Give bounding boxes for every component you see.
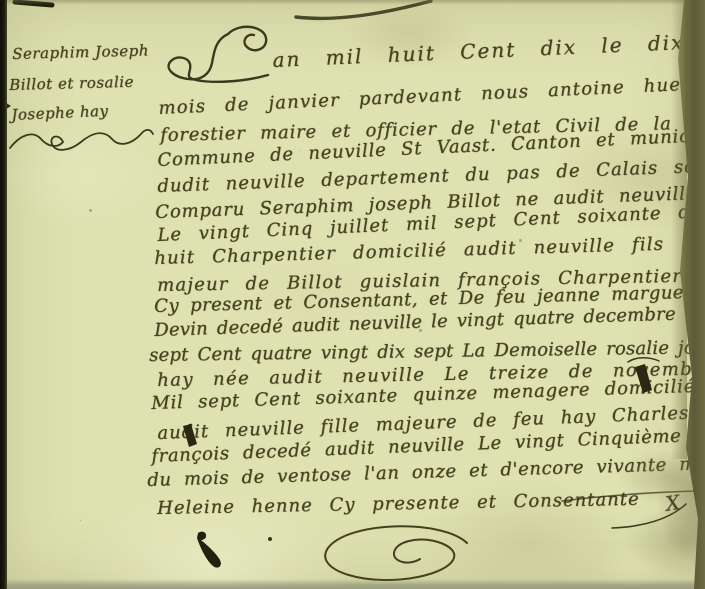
scanned-document-page: Seraphim Joseph Billot et rosalie Joseph…: [0, 0, 705, 589]
margin-note-line: Josephe hay: [11, 102, 109, 124]
body-line: Heleine henne Cy presente et Consentante: [157, 489, 640, 519]
page-left-edge-strip: [0, 0, 7, 589]
body-line: an mil huit Cent dix le dix du: [272, 28, 705, 72]
page-top-shadow: [0, 0, 705, 5]
closing-oval-flourish: [325, 526, 467, 580]
small-ink-dot: [268, 537, 272, 541]
ink-blot-bottom: [197, 532, 221, 568]
opening-initial-flourish: [169, 27, 268, 82]
margin-note-line: Seraphim Joseph: [12, 41, 149, 63]
margin-note-line: Billot et rosalie: [9, 73, 134, 94]
crumpled-corner: [575, 429, 705, 589]
body-line: mois de janvier pardevant nous antoine h…: [158, 74, 682, 119]
margin-underline-flourish: [10, 130, 153, 150]
